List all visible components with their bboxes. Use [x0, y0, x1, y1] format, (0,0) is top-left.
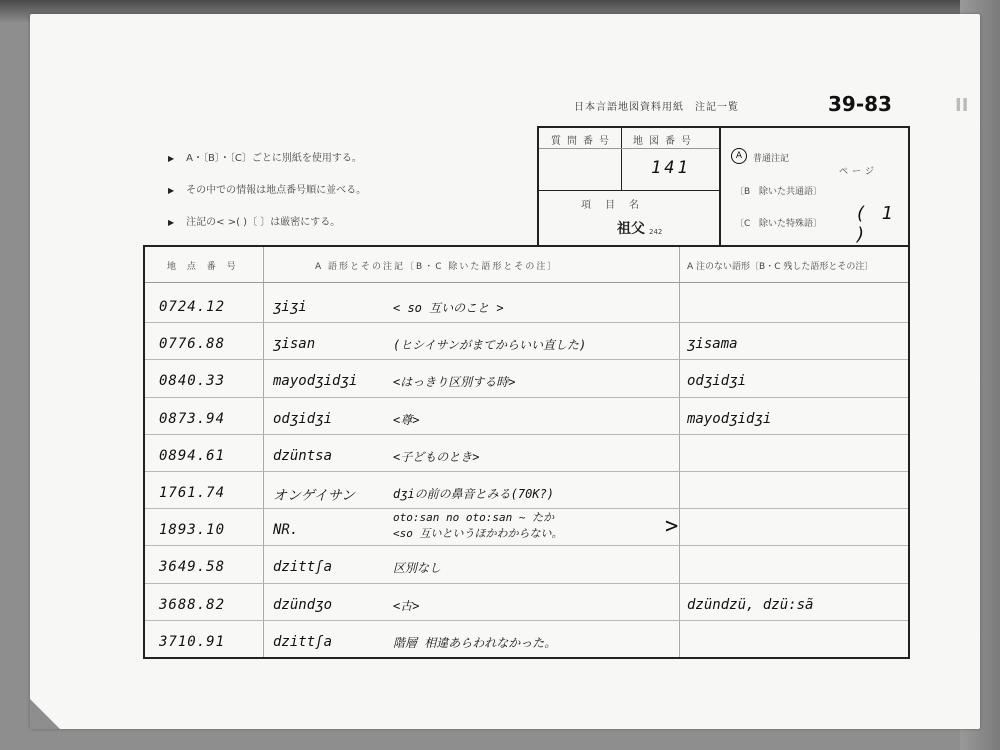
form-note: <古>: [393, 597, 419, 614]
column-header-plain-form: A 注のない語形〔B・C 残した語形とその注〕: [687, 259, 873, 272]
location-number: 0724.12: [159, 299, 225, 315]
item-value: 祖父: [617, 218, 645, 238]
form-note: < so 互いのこと >: [393, 299, 504, 316]
instruction-item: ▶ A・〔B〕・〔C〕ごとに別紙を使用する。: [168, 143, 366, 175]
closing-bracket: >: [665, 514, 678, 539]
option-b-label: 除いた共通語〕: [759, 184, 822, 197]
option-c-label: 除いた特殊語〕: [759, 216, 822, 229]
option-c-key[interactable]: 〔C: [735, 216, 750, 229]
word-form: mayodʒidʒi: [273, 373, 357, 389]
form-note: <子どものとき>: [393, 448, 479, 465]
plain-form: dzündzü, dzü:sã: [687, 597, 813, 613]
plain-form: mayodʒidʒi: [687, 411, 771, 427]
form-note-line-2: <so 互いというほかわからない。: [393, 526, 563, 542]
question-no-label: 質問番号: [551, 132, 615, 147]
location-number: 3710.91: [159, 634, 225, 650]
word-form: オンゲイサン: [273, 485, 355, 505]
instruction-item: ▶ その中での情報は地点番号順に並べる。: [168, 175, 366, 207]
instructions-list: ▶ A・〔B〕・〔C〕ごとに別紙を使用する。 ▶ その中での情報は地点番号順に並…: [168, 143, 366, 239]
word-form: odʒidʒi: [273, 411, 332, 427]
table-row: 3649.58dzittʃa区別なし: [145, 545, 908, 582]
location-number: 3649.58: [159, 559, 225, 575]
divider: [539, 148, 719, 149]
word-form: NR.: [273, 522, 298, 538]
table-row: 1761.74オンゲイサンdʒiの前の鼻音とみる(70K?): [145, 471, 908, 508]
divider: [621, 128, 622, 190]
word-form: ʒiʒi: [273, 299, 307, 315]
instruction-text: 注記の< >( )〔 〕は厳密にする。: [186, 207, 340, 239]
form-note: <はっきり区別する時>: [393, 373, 515, 390]
table-row: 0894.61dzüntsa<子どものとき>: [145, 434, 908, 471]
item-sub: 242: [649, 228, 662, 236]
table-row: 0840.33mayodʒidʒi<はっきり区別する時>odʒidʒi: [145, 359, 908, 396]
location-number: 0873.94: [159, 411, 225, 427]
instruction-text: A・〔B〕・〔C〕ごとに別紙を使用する。: [186, 143, 362, 175]
instruction-item: ▶ 注記の< >( )〔 〕は厳密にする。: [168, 207, 366, 239]
form-note: dʒiの前の鼻音とみる(70K?): [393, 485, 554, 502]
form-note: <尊>: [393, 411, 419, 428]
table-row: 1893.10NR.oto:san no oto:san ~ たか<so 互いと…: [145, 508, 908, 545]
plain-form: odʒidʒi: [687, 373, 746, 389]
table-row: 0724.12ʒiʒi< so 互いのこと >: [145, 285, 908, 322]
item-label: 項目名: [581, 196, 653, 211]
map-no-value: 141: [651, 158, 691, 178]
option-a-selected-circle[interactable]: A: [731, 148, 747, 164]
form-note: 階層 相違あらわれなかった。: [393, 634, 556, 651]
word-form: dzündʒo: [273, 597, 332, 613]
header-box: 質問番号 地図番号 141 項目名 祖父 242 A 普通注記 〔B 除いた共通…: [537, 126, 910, 246]
form-note: 区別なし: [393, 559, 441, 576]
side-mark: II: [955, 95, 968, 116]
triangle-bullet-icon: ▶: [168, 175, 174, 207]
form-note: oto:san no oto:san ~ たか: [393, 510, 554, 526]
page-value: ( 1 ): [857, 203, 908, 245]
location-number: 0776.88: [159, 336, 225, 352]
form-note: (ヒシイサンがまてからいい直した): [393, 336, 586, 353]
option-a-label: 普通注記: [753, 151, 789, 164]
triangle-bullet-icon: ▶: [168, 207, 174, 239]
map-no-label: 地図番号: [633, 132, 697, 147]
word-form: dzittʃa: [273, 559, 332, 575]
divider: [719, 128, 721, 248]
option-b-key[interactable]: 〔B: [735, 184, 750, 197]
table-row: 0776.88ʒisan(ヒシイサンがまてからいい直した)ʒisama: [145, 322, 908, 359]
location-number: 1893.10: [159, 522, 225, 538]
instruction-text: その中での情報は地点番号順に並べる。: [186, 175, 366, 207]
word-form: dzittʃa: [273, 634, 332, 650]
location-number: 0840.33: [159, 373, 225, 389]
plain-form: ʒisama: [687, 336, 738, 352]
table-row: 0873.94odʒidʒi<尊>mayodʒidʒi: [145, 397, 908, 434]
location-number: 3688.82: [159, 597, 225, 613]
header-divider: [145, 282, 908, 283]
page-label: ページ: [839, 164, 878, 177]
triangle-bullet-icon: ▶: [168, 143, 174, 175]
divider: [539, 190, 719, 191]
form-code-label: 日本言語地図資料用紙 注記一覧: [574, 98, 739, 113]
word-form: ʒisan: [273, 336, 315, 352]
word-form: dzüntsa: [273, 448, 332, 464]
table-row: 3688.82dzündʒo<古>dzündzü, dzü:sã: [145, 583, 908, 620]
table-row: 3710.91dzittʃa階層 相違あらわれなかった。: [145, 620, 908, 657]
form-number: 39-83: [828, 92, 892, 116]
column-header-location: 地 点 番 号: [167, 259, 240, 272]
location-number: 1761.74: [159, 485, 225, 501]
notes-table: 地 点 番 号 A 語形とその注記〔B・C 除いた語形とその注〕 A 注のない語…: [143, 245, 910, 659]
location-number: 0894.61: [159, 448, 225, 464]
column-header-form-note: A 語形とその注記〔B・C 除いた語形とその注〕: [315, 259, 558, 272]
